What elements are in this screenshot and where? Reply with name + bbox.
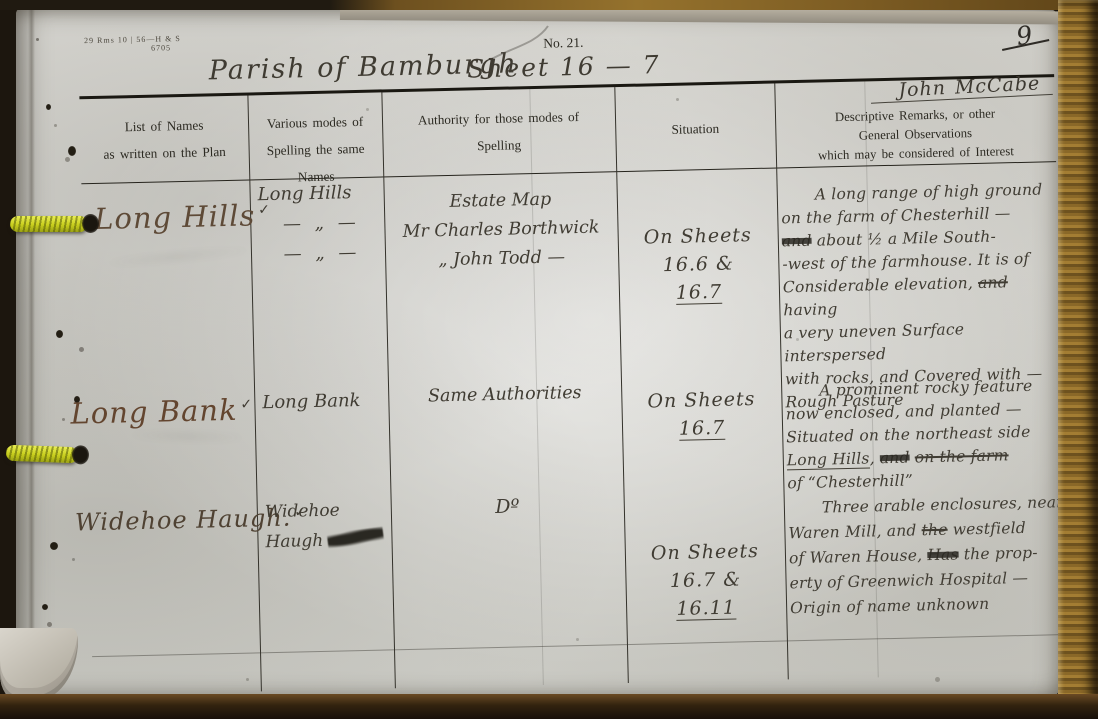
cell-situation: On Sheets16.7 &16.11 bbox=[623, 480, 787, 644]
yellow-binding-cord bbox=[10, 216, 88, 232]
table-row: Widehoe Haugh.✓Widehoe HaughDºOn Sheets1… bbox=[88, 474, 1066, 656]
wood-table-bottom-edge bbox=[0, 694, 1098, 719]
page-content: 29 Rms 10 | 56—H & S 6705 Parish of Bamb… bbox=[7, 0, 1066, 700]
header-modes-of-spelling: Various modes of Spelling the same Names bbox=[247, 92, 383, 191]
register-page: 9 29 Rms 10 | 56—H & S 6705 Parish of Ba… bbox=[16, 8, 1060, 698]
entry-line: 16.7 bbox=[622, 412, 783, 444]
photographed-register-page: 9 29 Rms 10 | 56—H & S 6705 Parish of Ba… bbox=[0, 0, 1098, 719]
book-fore-edge bbox=[1058, 0, 1098, 719]
table-body: Long Hills✓Long Hills— „ —— „ —Estate Ma… bbox=[81, 162, 1066, 657]
entry-line: 16.11 bbox=[626, 592, 787, 624]
cell-spelling: Long Bank bbox=[254, 377, 391, 507]
cell-spelling: Widehoe Haugh bbox=[256, 489, 394, 652]
entry-line: On Sheets bbox=[617, 220, 778, 252]
table-row: Long Bank✓Long BankSame AuthoritiesOn Sh… bbox=[86, 362, 1063, 496]
cell-situation: On Sheets16.7 bbox=[621, 368, 784, 499]
wood-table-top-edge bbox=[0, 0, 1098, 10]
place-name: Long Bank✓ bbox=[70, 392, 255, 430]
place-name: Long Hills✓ bbox=[94, 198, 251, 236]
entry-line: Long Hills bbox=[257, 177, 384, 210]
examiner-signature: John McCabe bbox=[870, 74, 1053, 104]
cell-remarks: Three arable enclosures, nearWaren Mill,… bbox=[783, 474, 1067, 640]
entry-line: On Sheets bbox=[625, 536, 786, 568]
entry-line: Mr Charles Borthwick bbox=[384, 213, 618, 247]
cell-name: Long Bank✓ bbox=[70, 380, 257, 511]
sheet-number: Sheet 16 — 7 bbox=[454, 50, 675, 84]
entry-line: Origin of name unknown bbox=[790, 590, 1066, 621]
entry-line: — „ — bbox=[259, 237, 386, 270]
cell-name: Widehoe Haugh.✓ bbox=[74, 492, 260, 656]
yellow-binding-cord bbox=[6, 445, 79, 464]
entry-line: Dº bbox=[391, 490, 625, 524]
place-name: Widehoe Haugh.✓ bbox=[75, 504, 258, 536]
entry-line: Considerable elevation, and having bbox=[783, 270, 1060, 322]
entry-line: 16.6 & bbox=[618, 248, 779, 280]
printers-stamp: 29 Rms 10 | 56—H & S 6705 bbox=[84, 34, 181, 54]
entry-line: Long Bank bbox=[262, 385, 389, 418]
sheet-reference-block: No. 21. Sheet 16 — 7 bbox=[453, 33, 674, 84]
entry-line: On Sheets bbox=[621, 384, 782, 416]
entry-line: „ John Todd — bbox=[385, 242, 619, 276]
table-row: Long Hills✓Long Hills— „ —— „ —Estate Ma… bbox=[81, 162, 1060, 384]
entry-line: — „ — bbox=[258, 207, 385, 240]
entry-line: a very uneven Surface interspersed bbox=[784, 316, 1061, 368]
check-mark: ✓ bbox=[240, 397, 253, 413]
cell-authority: Dº bbox=[390, 484, 627, 649]
entry-line: Same Authorities bbox=[388, 378, 622, 412]
entry-line: Widehoe Haugh bbox=[265, 494, 392, 557]
name-book-table: List of Names as written on the Plan Var… bbox=[79, 74, 1066, 657]
entry-line: 16.7 bbox=[619, 276, 780, 308]
entry-line: 16.7 & bbox=[625, 564, 786, 596]
